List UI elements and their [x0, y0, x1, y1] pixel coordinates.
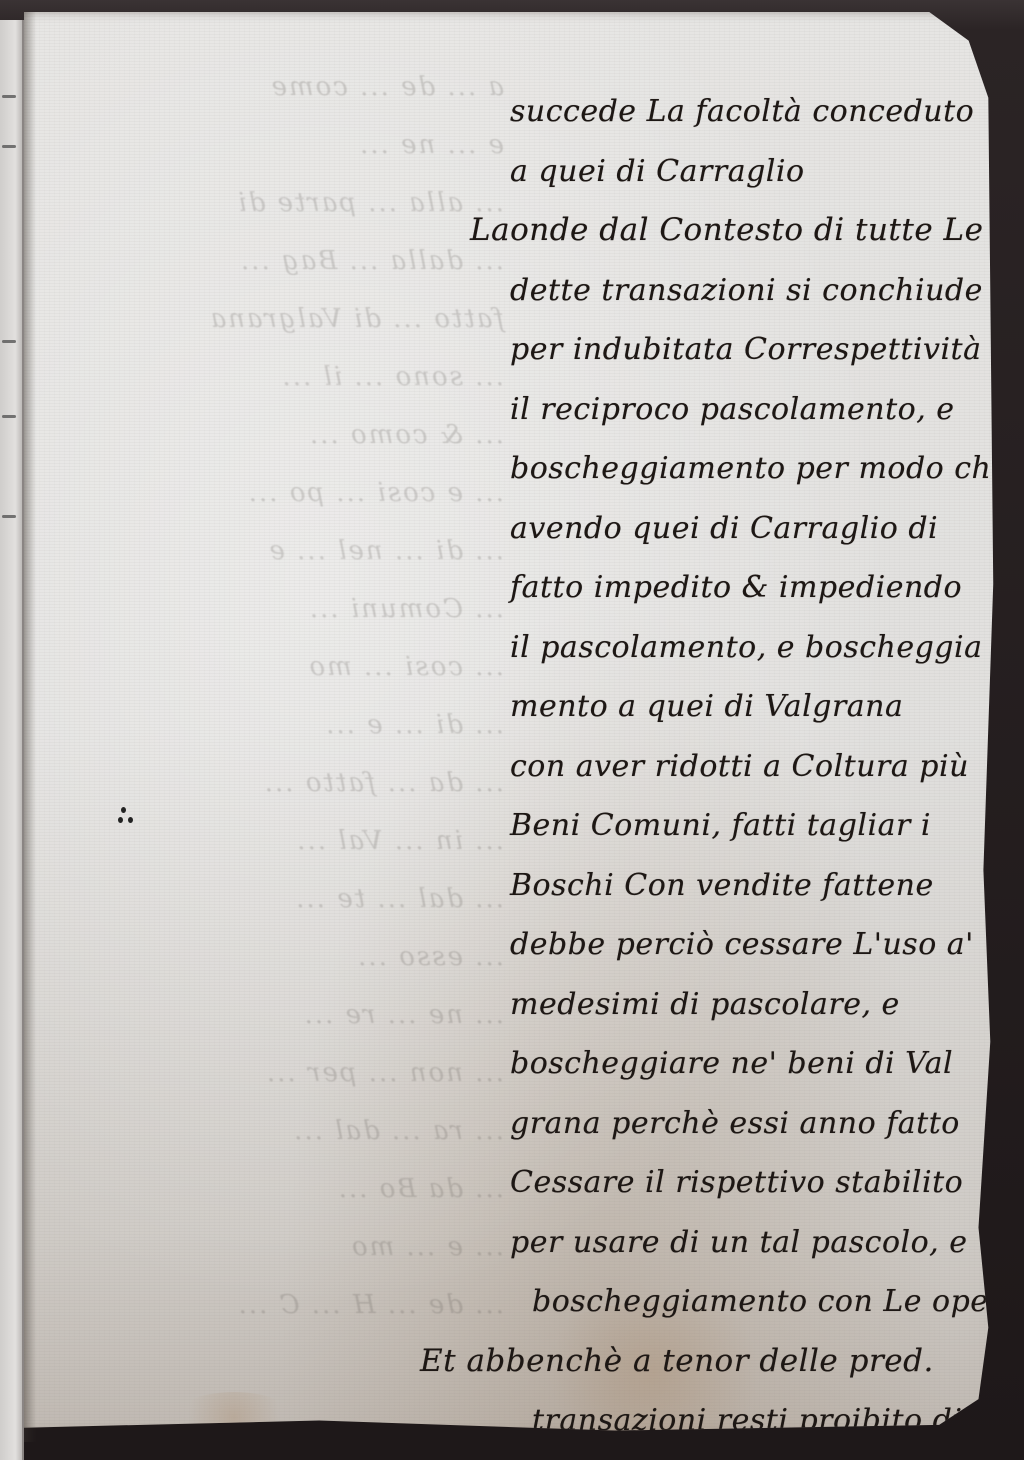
manuscript-line: Et abbenchè a tenor delle pred.	[420, 1332, 1010, 1392]
bleed-line: ... da ... fatto ...	[84, 768, 504, 826]
bleed-line: ... ra ... dal ...	[84, 1116, 504, 1174]
previous-page-edge	[0, 20, 24, 1460]
manuscript-line: Cessare il rispettivo stabilito	[510, 1153, 1010, 1213]
bleed-line: ... dal ... te ...	[84, 884, 504, 942]
manuscript-text: succede La facoltà conceduto a quei di C…	[510, 82, 1010, 1451]
edge-ink-mark	[2, 515, 16, 518]
manuscript-line: Boschi Con vendite fattene	[510, 856, 1010, 916]
manuscript-line: Laonde dal Contesto di tutte Le	[470, 201, 1010, 261]
bleed-line: ... da Bo ...	[84, 1174, 504, 1232]
edge-ink-mark	[2, 145, 16, 148]
manuscript-page: a ... de ... come e ... ne ... ... alla …	[24, 12, 1008, 1442]
bleed-line: ... sono ... il ...	[84, 362, 504, 420]
manuscript-line: per indubitata Correspettività	[510, 320, 1010, 380]
manuscript-line: il pascolamento, e boscheggia	[510, 618, 1010, 678]
manuscript-line: boscheggiamento per modo che	[510, 439, 1010, 499]
manuscript-line: fatto impedito & impediendo	[510, 558, 1010, 618]
bleed-line: ... non ... per ...	[84, 1058, 504, 1116]
manuscript-line: avendo quei di Carraglio di	[510, 499, 1010, 559]
bleed-line: ... ne ... re ...	[84, 1000, 504, 1058]
manuscript-line: boscheggiamento con Le opere pred.	[510, 1272, 1010, 1332]
bleed-line: e ... ne ...	[84, 130, 504, 188]
bleed-line: ... e cosi ... po ...	[84, 478, 504, 536]
bleed-line: fatto ... di Valgrana	[84, 304, 504, 362]
manuscript-line: con aver ridotti a Coltura più	[510, 737, 1010, 797]
manuscript-line: mento a quei di Valgrana	[510, 677, 1010, 737]
edge-ink-mark	[2, 415, 16, 418]
manuscript-line: Beni Comuni, fatti tagliar i	[510, 796, 1010, 856]
manuscript-line: boscheggiare ne' beni di Val	[510, 1034, 1010, 1094]
bleed-line: ... in ... Val ...	[84, 826, 504, 884]
edge-ink-mark	[2, 95, 16, 98]
bleed-line: ... dalla ... Bag ...	[84, 246, 504, 304]
manuscript-line: succede La facoltà conceduto	[510, 82, 1010, 142]
manuscript-line: a quei di Carraglio	[510, 142, 1010, 202]
manuscript-line: il reciproco pascolamento, e	[510, 380, 1010, 440]
bleed-through-text: a ... de ... come e ... ne ... ... alla …	[84, 72, 504, 1412]
bleed-line: a ... de ... come	[84, 72, 504, 130]
edge-ink-mark	[2, 340, 16, 343]
bleed-line: ... & como ...	[84, 420, 504, 478]
manuscript-line: dette transazioni si conchiude	[510, 261, 1010, 321]
ink-blot	[118, 807, 138, 827]
manuscript-line: grana perchè essi anno fatto	[510, 1094, 1010, 1154]
binding-shadow	[24, 12, 36, 1442]
bleed-line: ... esso ...	[84, 942, 504, 1000]
bleed-line: ... Comuni ...	[84, 594, 504, 652]
bleed-line: ... alla ... parte di	[84, 188, 504, 246]
bleed-line: ... di ... nel ... e	[84, 536, 504, 594]
manuscript-line: per usare di un tal pascolo, e	[510, 1213, 1010, 1273]
bleed-line: ... cosi ... mo	[84, 652, 504, 710]
bleed-line: ... di ... e ...	[84, 710, 504, 768]
bleed-line: ... e ... mo	[84, 1232, 504, 1290]
manuscript-line: debbe perciò cessare L'uso a'	[510, 915, 1010, 975]
manuscript-line: medesimi di pascolare, e	[510, 975, 1010, 1035]
